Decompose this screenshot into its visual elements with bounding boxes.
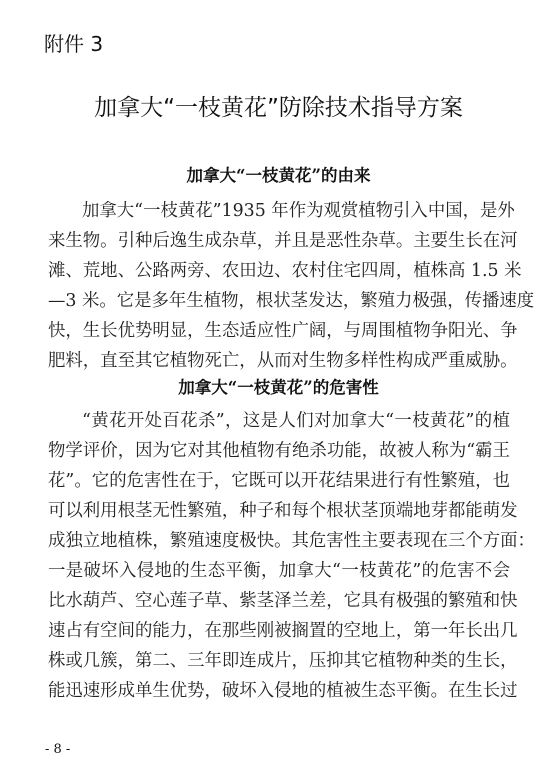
paragraph-line: 花”。它的危害性在于，它既可以开花结果进行有性繁殖，也 [48, 469, 510, 493]
section-heading-harm: 加拿大“一枝黄花”的危害性 [0, 377, 557, 399]
document-title: 加拿大“一枝黄花”防除技术指导方案 [0, 94, 557, 122]
section-heading-origin: 加拿大“一枝黄花”的由来 [0, 165, 557, 187]
paragraph-line: 可以利用根茎无性繁殖，种子和每个根状茎顶端地芽都能萌发 [48, 499, 510, 523]
paragraph-line: 能迅速形成单生优势，破坏入侵地的植被生态平衡。在生长过 [48, 679, 510, 703]
paragraph-line: 一是破坏入侵地的生态平衡，加拿大“一枝黄花”的危害不会 [48, 559, 510, 583]
paragraph-line: 快，生长优势明显，生态适应性广阔，与周围植物争阳光、争 [48, 319, 510, 343]
paragraph-line: —3 米。它是多年生植物，根状茎发达，繁殖力极强，传播速度 [48, 289, 510, 313]
paragraph-line: 速占有空间的能力，在那些刚被搁置的空地上，第一年长出几 [48, 619, 510, 643]
attachment-label: 附件 3 [44, 32, 103, 56]
paragraph-line: 株或几簇，第二、三年即连成片，压抑其它植物种类的生长， [48, 649, 510, 673]
paragraph-line: 来生物。引种后逸生成杂草，并且是恶性杂草。主要生长在河 [48, 229, 510, 253]
document-page: 附件 3 加拿大“一枝黄花”防除技术指导方案 加拿大“一枝黄花”的由来 加拿大“… [0, 0, 557, 781]
paragraph-line: 加拿大“一枝黄花”1935 年作为观赏植物引入中国，是外 [82, 199, 510, 223]
paragraph-line: “黄花开处百花杀”，这是人们对加拿大“一枝黄花”的植 [82, 409, 510, 433]
paragraph-line: 物学评价，因为它对其他植物有绝杀功能，故被人称为“霸王 [48, 439, 510, 463]
paragraph-line: 滩、荒地、公路两旁、农田边、农村住宅四周，植株高 1.5 米 [48, 259, 510, 283]
paragraph-line: 比水葫芦、空心莲子草、紫茎泽兰差，它具有极强的繁殖和快 [48, 589, 510, 613]
paragraph-line: 成独立地植株，繁殖速度极快。其危害性主要表现在三个方面： [48, 529, 510, 553]
paragraph-line: 肥料，直至其它植物死亡，从而对生物多样性构成严重威胁。 [48, 349, 510, 373]
page-number: - 8 - [45, 742, 70, 758]
